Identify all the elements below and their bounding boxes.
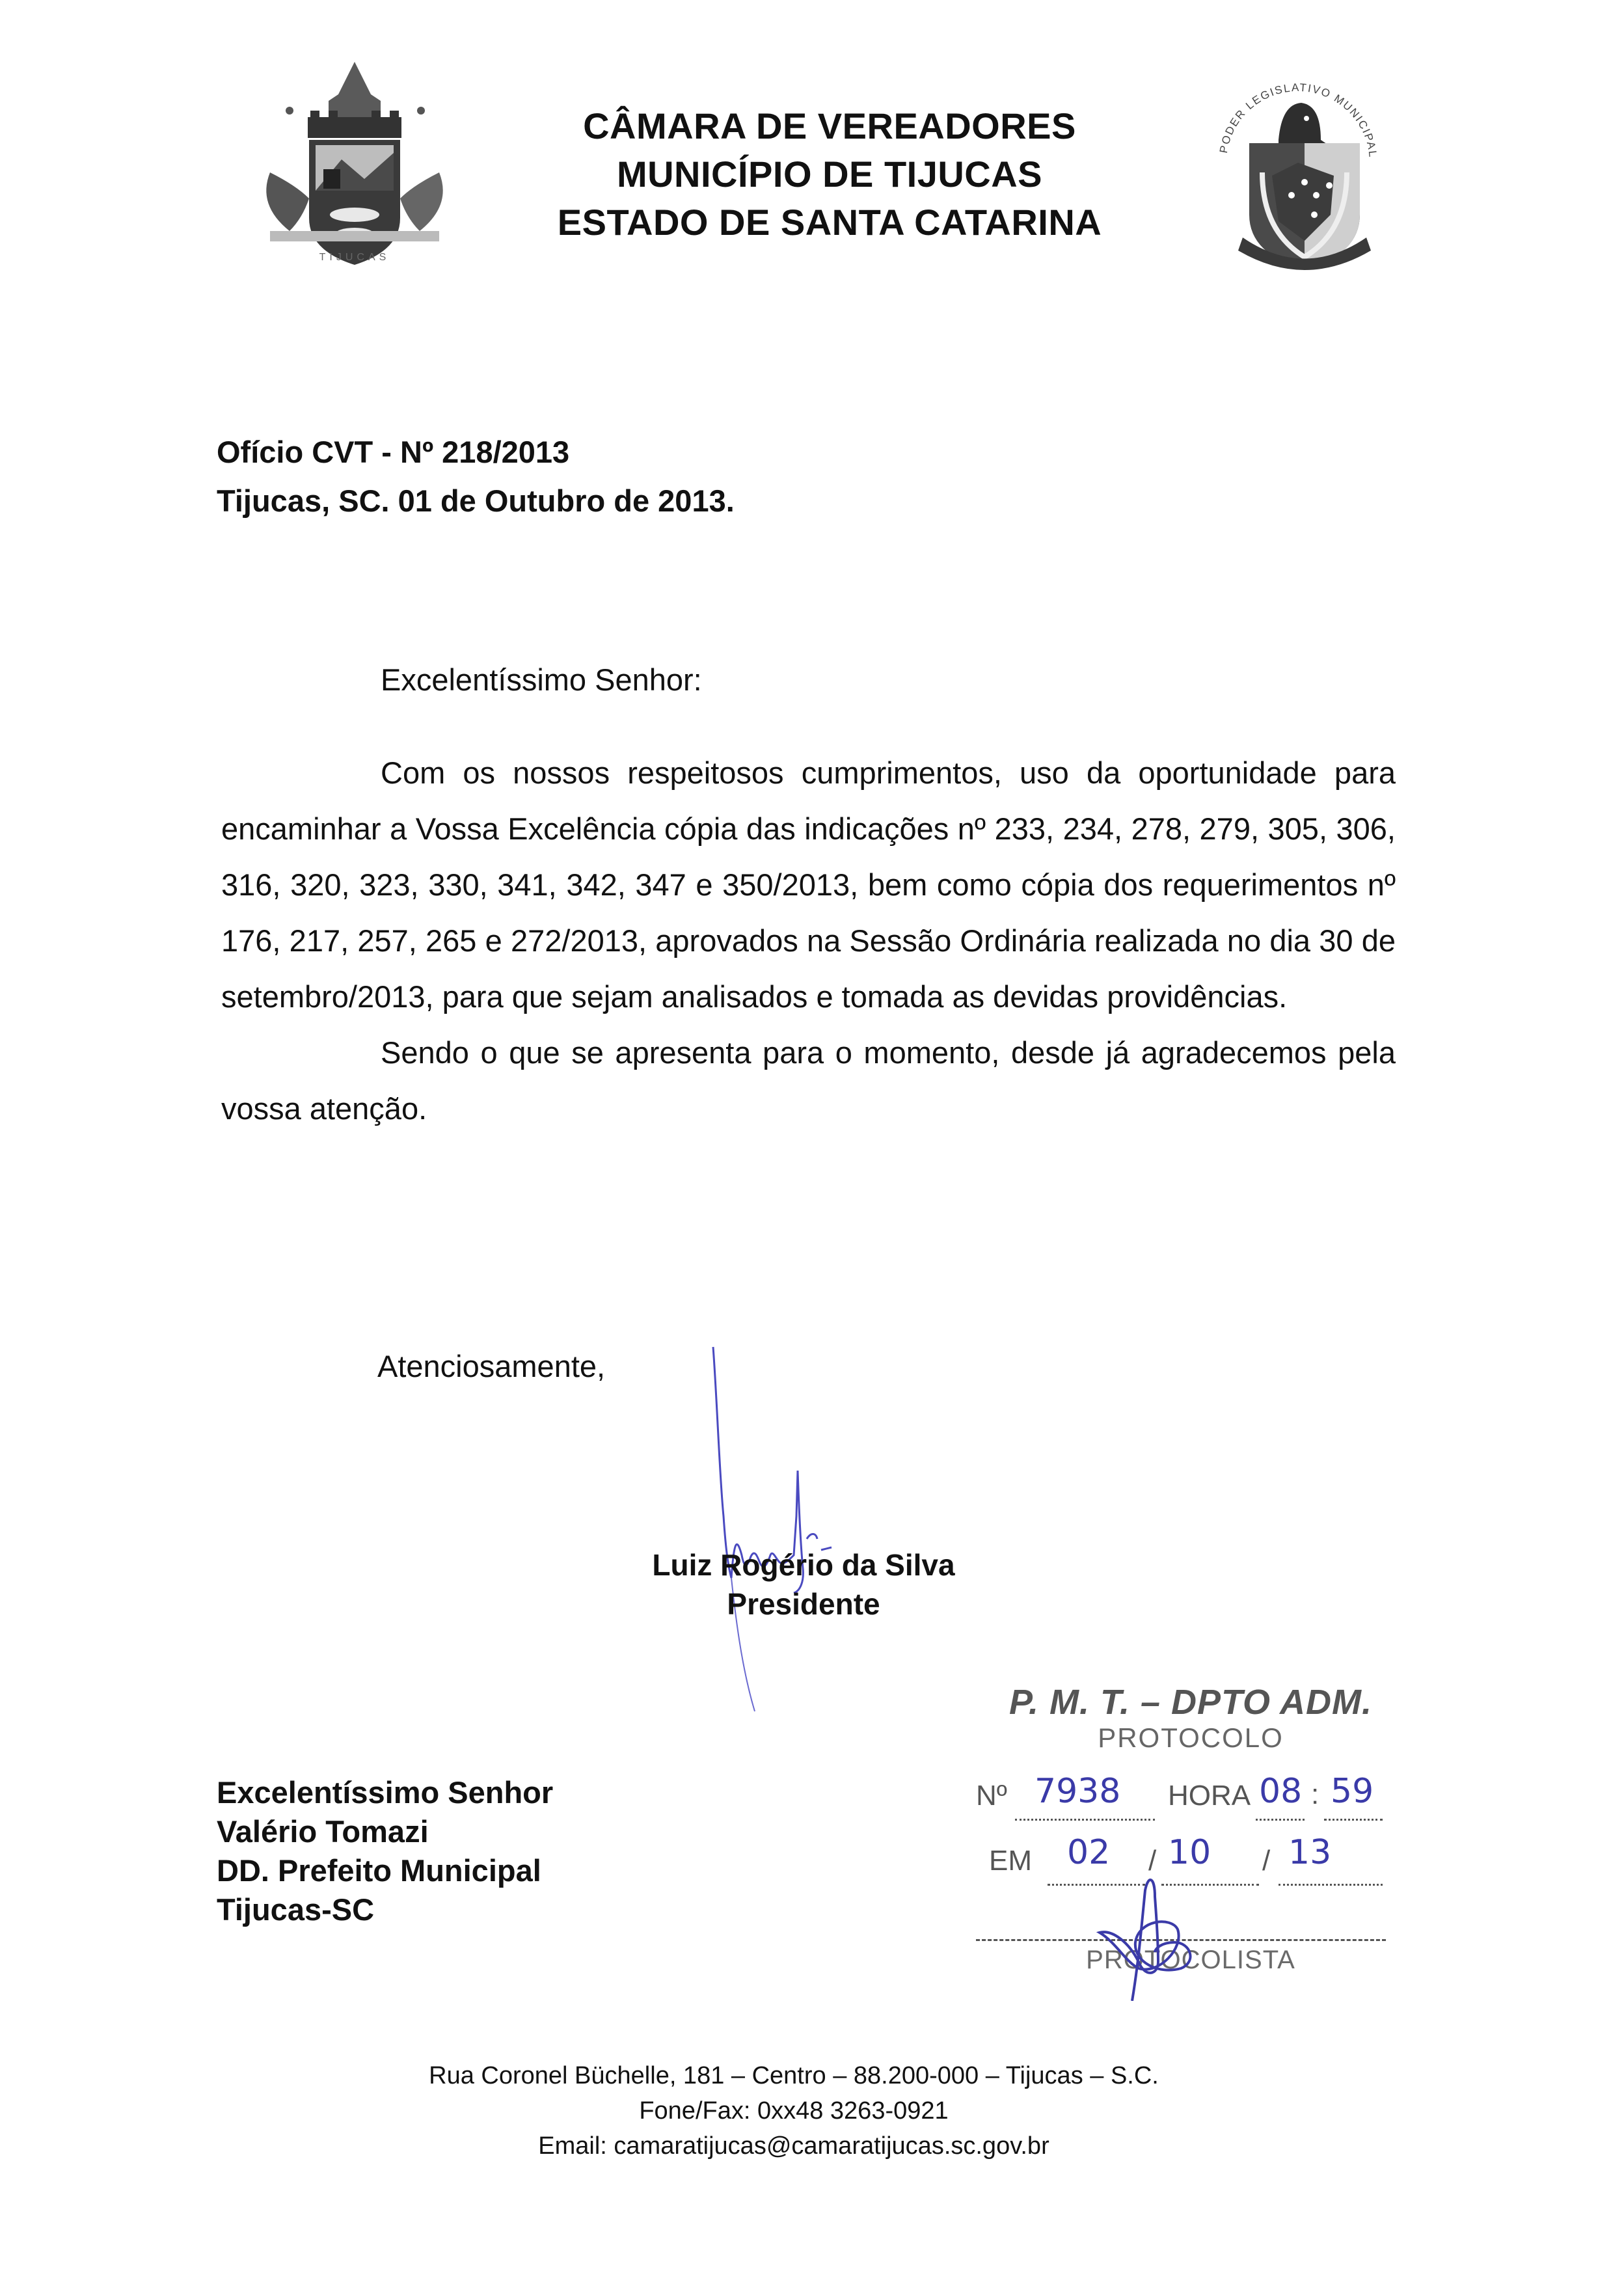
protocol-stamp: P. M. T. – DPTO ADM. PROTOCOLO Nº 7938 H… bbox=[963, 1682, 1418, 1994]
stamp-time-separator: : bbox=[1311, 1778, 1319, 1811]
signer-title: Presidente bbox=[608, 1584, 999, 1623]
stamp-hour-label: HORA bbox=[1168, 1780, 1251, 1812]
addressee-city: Tijucas-SC bbox=[217, 1890, 553, 1929]
stamp-hour-underline bbox=[1256, 1819, 1305, 1821]
addressee-salutation: Excelentíssimo Senhor bbox=[217, 1773, 553, 1812]
letterhead-line-1: CÂMARA DE VEREADORES bbox=[521, 108, 1139, 144]
body-paragraph: Com os nossos respeitosos cumprimentos, … bbox=[221, 745, 1396, 1025]
salutation: Excelentíssimo Senhor: bbox=[381, 664, 702, 696]
stamp-day: 02 bbox=[1067, 1833, 1110, 1872]
letterhead-line-2: MUNICÍPIO DE TIJUCAS bbox=[521, 156, 1139, 193]
stamp-hour-value: 08 bbox=[1259, 1772, 1302, 1811]
svg-text:TIJUCAS: TIJUCAS bbox=[319, 252, 390, 263]
stamp-year: 13 bbox=[1288, 1833, 1331, 1872]
stamp-month: 10 bbox=[1168, 1833, 1211, 1872]
addressee-role: DD. Prefeito Municipal bbox=[217, 1851, 553, 1890]
protocolist-signature-icon bbox=[1061, 1871, 1269, 2001]
signer-name: Luiz Rogério da Silva bbox=[608, 1545, 999, 1584]
municipal-coat-of-arms-icon: TIJUCAS bbox=[250, 55, 459, 277]
footer-email: Email: camaratijucas@camaratijucas.sc.go… bbox=[260, 2132, 1327, 2160]
stamp-year-underline bbox=[1279, 1884, 1383, 1886]
stamp-number-value: 7938 bbox=[1035, 1772, 1120, 1811]
legislative-seal-icon: PODER LEGISLATIVO MUNICIPAL bbox=[1200, 65, 1396, 280]
closing: Atenciosamente, bbox=[377, 1350, 605, 1383]
letter-body: Com os nossos respeitosos cumprimentos, … bbox=[221, 745, 1396, 1137]
stamp-number-label: Nº bbox=[976, 1780, 1007, 1812]
document-number: Ofício CVT - Nº 218/2013 bbox=[217, 436, 569, 469]
footer-phone: Fone/Fax: 0xx48 3263-0921 bbox=[260, 2097, 1327, 2125]
stamp-department: P. M. T. – DPTO ADM. bbox=[963, 1682, 1418, 1722]
president-signature-icon bbox=[683, 1321, 982, 1724]
body-paragraph: Sendo o que se apresenta para o momento,… bbox=[221, 1025, 1396, 1137]
addressee-block: Excelentíssimo Senhor Valério Tomazi DD.… bbox=[217, 1773, 553, 1929]
letterhead-line-3: ESTADO DE SANTA CATARINA bbox=[521, 204, 1139, 241]
addressee-name: Valério Tomazi bbox=[217, 1812, 553, 1851]
stamp-date-label: EM bbox=[989, 1845, 1032, 1877]
stamp-number-underline bbox=[1015, 1819, 1155, 1821]
place-and-date: Tijucas, SC. 01 de Outubro de 2013. bbox=[217, 485, 735, 517]
footer-address: Rua Coronel Büchelle, 181 – Centro – 88.… bbox=[260, 2061, 1327, 2090]
stamp-minute-underline bbox=[1324, 1819, 1383, 1821]
stamp-minute-value: 59 bbox=[1331, 1772, 1374, 1811]
stamp-protocol-label: PROTOCOLO bbox=[963, 1722, 1418, 1754]
